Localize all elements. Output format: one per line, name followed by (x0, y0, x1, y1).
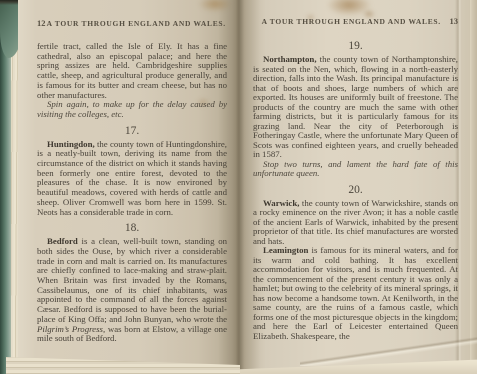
lead-word-huntingdon: Huntingdon, (47, 139, 95, 149)
section-heading-19: 19. (253, 40, 458, 52)
lead-word-bedford: Bedford (47, 236, 78, 246)
left-page-number: 12 (37, 18, 46, 28)
section-heading-17: 17. (37, 125, 227, 137)
section-19-text: the county town of Northamptonshire, is … (253, 54, 458, 159)
left-page-text: 12 A TOUR THROUGH ENGLAND AND WALES. fer… (37, 18, 227, 344)
paragraph-warwick: Warwick, the county town of Warwickshire… (253, 199, 458, 247)
section-17-text: the county town of Huntingdonshire, is a… (37, 139, 227, 217)
open-book-photo: 12 A TOUR THROUGH ENGLAND AND WALES. fer… (0, 0, 477, 374)
paragraph-northampton: Northampton, the county town of Northamp… (253, 55, 458, 160)
left-page-header: 12 A TOUR THROUGH ENGLAND AND WALES. (37, 18, 227, 28)
right-running-title: A TOUR THROUGH ENGLAND AND WALES. (253, 17, 450, 26)
paragraph-huntingdon: Huntingdon, the county town of Huntingdo… (37, 140, 227, 218)
section-heading-20: 20. (253, 184, 458, 196)
paragraph-bedford: Bedford is a clean, well-built town, sta… (37, 237, 227, 344)
right-page-number: 13 (450, 16, 459, 26)
section-20-leamington-text: is famous for its mineral waters, and fo… (253, 245, 458, 341)
book-title-pilgrims-progress: Pilgrim’s Progress, (37, 324, 105, 334)
section-heading-18: 18. (37, 222, 227, 234)
left-running-title: A TOUR THROUGH ENGLAND AND WALES. (46, 19, 228, 28)
lead-word-warwick: Warwick, (263, 198, 299, 208)
section-18-text-a: is a clean, well-built town, standing on… (37, 236, 227, 324)
game-instruction-spin-again: Spin again, to make up for the delay cau… (37, 100, 227, 119)
paragraph-cambridgeshire-continuation: fertile tract, called the Isle of Ely. I… (37, 42, 227, 100)
game-instruction-stop-two-turns: Stop two turns, and lament the hard fate… (253, 160, 458, 179)
paragraph-leamington: Leamington is famous for its mineral wat… (253, 246, 458, 341)
right-page-header: A TOUR THROUGH ENGLAND AND WALES. 13 (253, 16, 458, 26)
right-page-text: A TOUR THROUGH ENGLAND AND WALES. 13 19.… (253, 16, 458, 341)
lead-word-northampton: Northampton, (263, 54, 317, 64)
lead-word-leamington: Leamington (263, 245, 308, 255)
